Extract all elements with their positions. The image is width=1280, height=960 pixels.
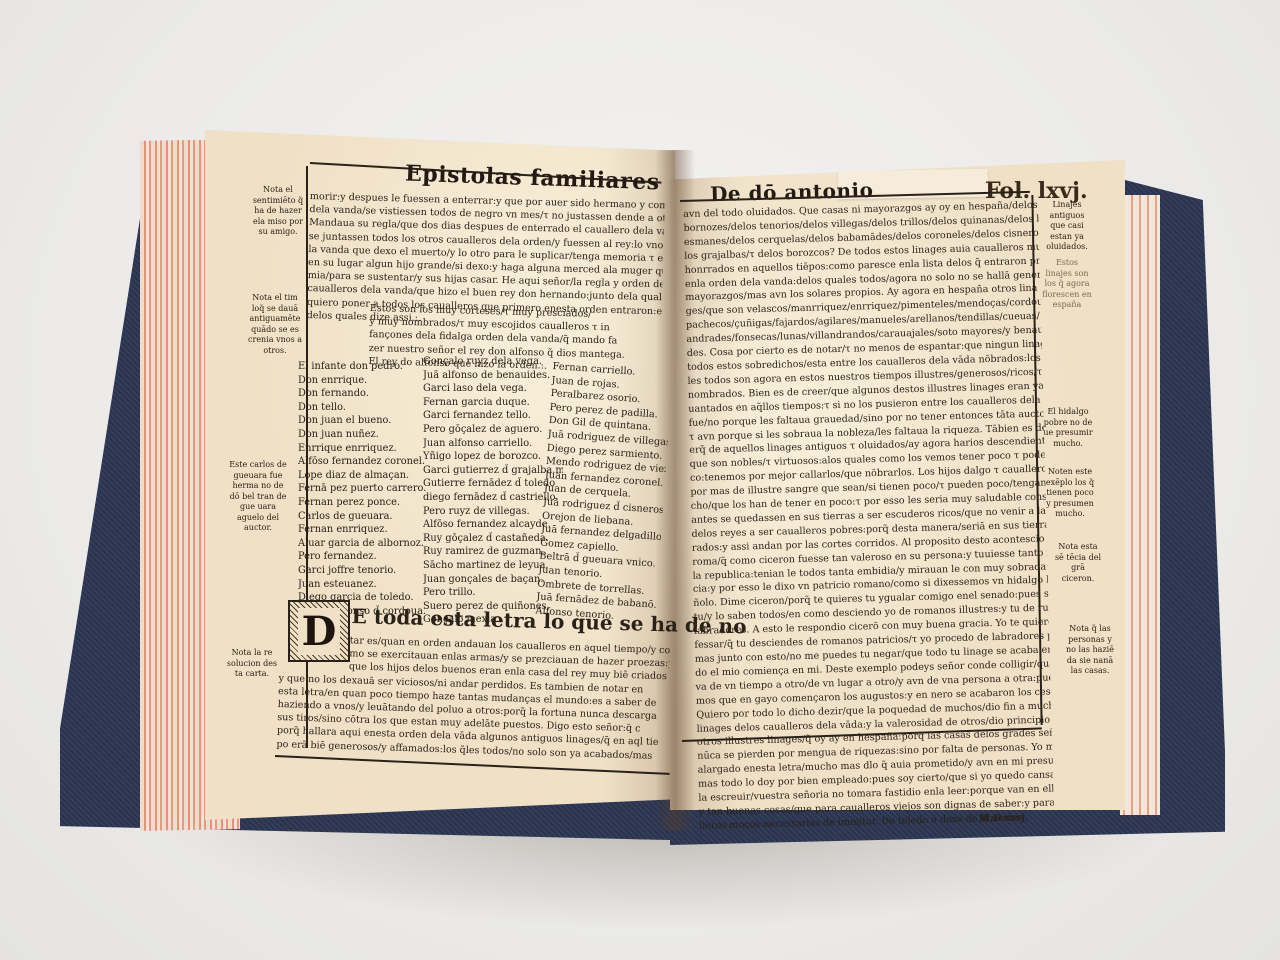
marginal-note: Nota el sentimiēto q̃ ha de hazer ela mi… <box>250 185 306 238</box>
marginal-note: Este carlos de gueuara fue herma no de d… <box>227 460 289 534</box>
left-closing-text: tar es/quan en orden andauan los caualle… <box>276 632 670 763</box>
name-entry: Fernan garcia duque. <box>423 396 563 410</box>
photo-scene: Epistolas familiares morir:y despues le … <box>0 0 1280 960</box>
name-entry: Gutierre fernādez d̃ toledo <box>423 477 563 491</box>
marginal-note: El hidalgo pobre no de ue presumir mucho… <box>1043 407 1093 449</box>
name-entry: Juā alfonso de benauides. <box>423 369 563 383</box>
page-edges-right <box>1120 195 1160 815</box>
marginal-note: Estos linajes son los q̃ agora florescen… <box>1042 258 1092 311</box>
name-entry: Yñigo lopez de borozco. <box>423 450 563 464</box>
name-entry: Gonçalo ruyz dela vega. <box>423 355 563 369</box>
marginal-note: Noten este exēplo los q̃ tienen poco y p… <box>1045 467 1095 520</box>
right-body-text: avn del todo oluidados. Que casas ni may… <box>683 199 1054 834</box>
marginal-note: Nota esta sē tēcia del grā ciceron. <box>1054 542 1102 584</box>
name-entry: Juan alfonso carriello. <box>423 437 563 451</box>
marginal-note: Nota la re solucion des ta carta. <box>222 648 282 680</box>
name-entry: Garci laso dela vega. <box>423 382 563 396</box>
marginal-note: Nota el tim loq̃ se dauā antiguamēte quā… <box>247 293 303 356</box>
name-entry: Pero gōçalez de aguero. <box>423 423 563 437</box>
marginal-note: Nota q̃ las personas y no las haziē da s… <box>1065 624 1115 677</box>
running-head-right: De dō antonio <box>710 178 874 206</box>
name-entry: Garci fernandez tello. <box>423 409 563 423</box>
marginal-note: Linajes antiguos que casi estan ya oluid… <box>1042 200 1092 253</box>
name-entry: Garci gutierrez d̃ grajalba.ma <box>423 464 563 478</box>
knights-list-column-3: Fernan carriello. Juan de rojas. Peralba… <box>535 360 673 626</box>
